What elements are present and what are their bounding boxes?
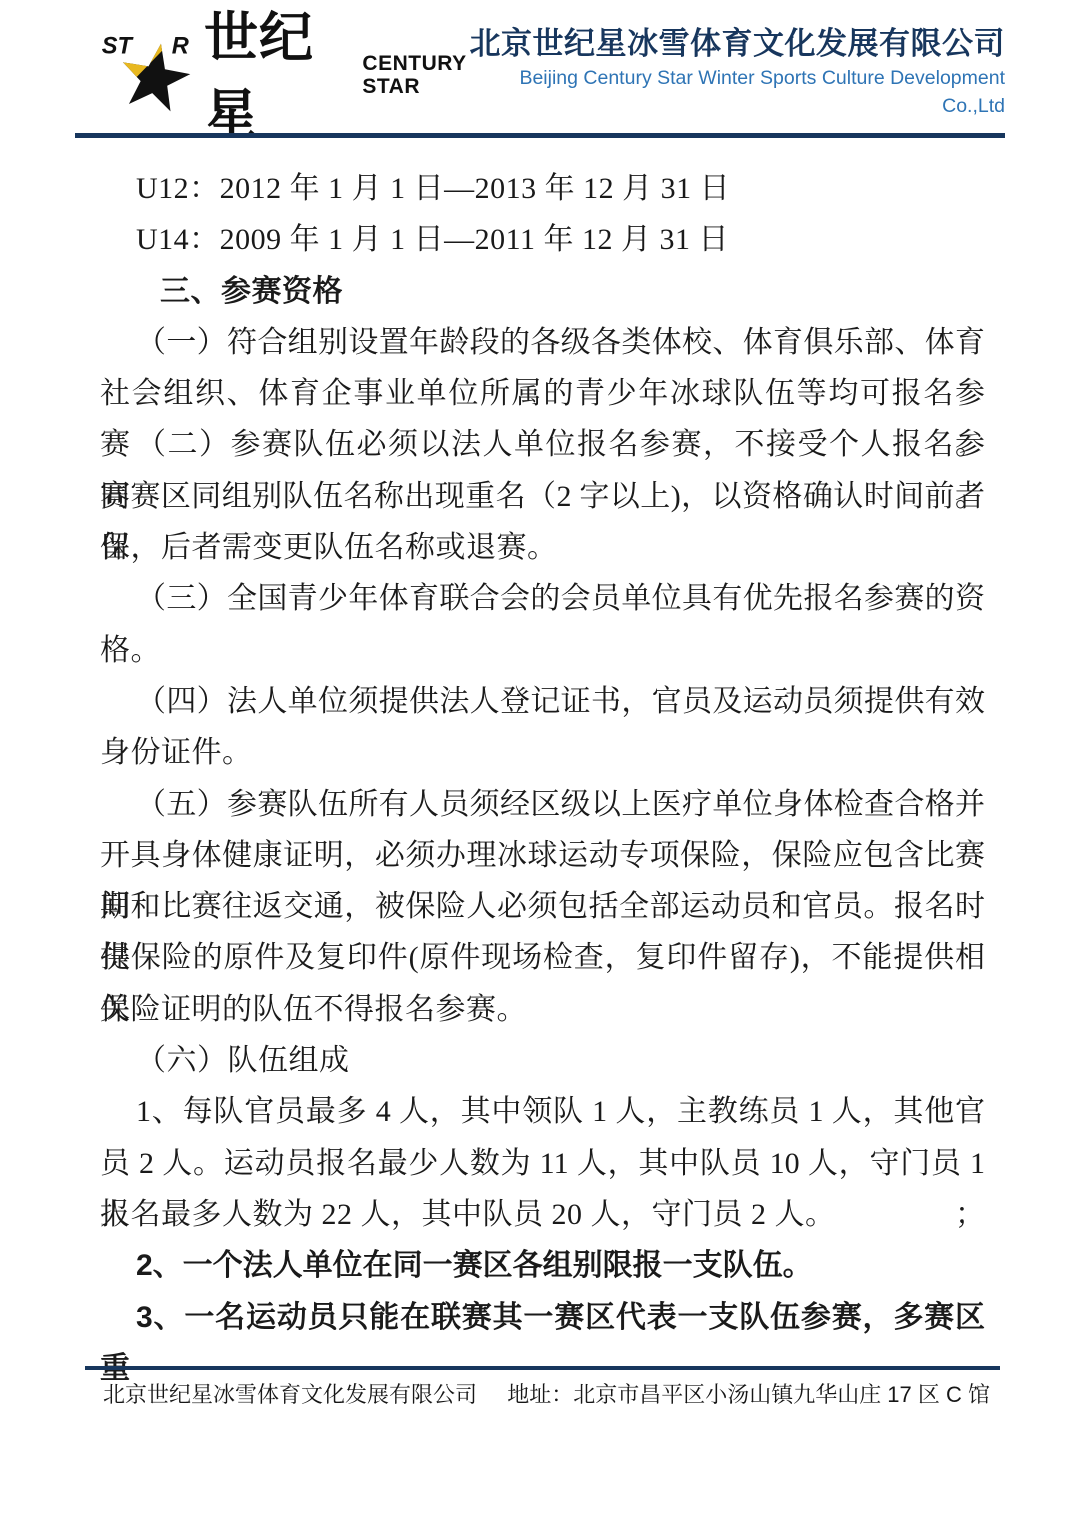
document-line: （六）队伍组成 [100, 1035, 985, 1086]
document-line: （五）参赛队伍所有人员须经区级以上医疗单位身体检查合格并 [100, 779, 985, 830]
footer-divider [85, 1366, 1000, 1370]
company-name-en: Beijing Century Star Winter Sports Cultu… [467, 64, 1005, 120]
star-word-left: ST [102, 33, 135, 59]
document-line: （二）参赛队伍必须以法人单位报名参赛，不接受个人报名参赛。 [100, 419, 985, 470]
document-line: U12：2012 年 1 月 1 日—2013 年 12 月 31 日 [100, 163, 985, 214]
document-line: 留，后者需变更队伍名称或退赛。 [100, 522, 985, 573]
document-line: 1、每队官员最多 4 人，其中领队 1 人，主教练员 1 人，其他官 [100, 1086, 985, 1137]
document-line: 三、参赛资格 [100, 266, 985, 317]
footer-address: 地址：北京市昌平区小汤山镇九华山庄 17 区 C 馆 [507, 1378, 990, 1409]
document-line: （三）全国青少年体育联合会的会员单位具有优先报名参赛的资 [100, 573, 985, 624]
star-word-right: R [172, 33, 189, 59]
company-name-cn: 北京世纪星冰雪体育文化发展有限公司 [467, 24, 1005, 64]
document-line: （一）符合组别设置年龄段的各级各类体校、体育俱乐部、体育 [100, 317, 985, 368]
document-body: U12：2012 年 1 月 1 日—2013 年 12 月 31 日U14：2… [100, 163, 985, 1343]
document-line: 2、一个法人单位在同一赛区各组别限报一支队伍。 [100, 1240, 985, 1291]
document-line: 格。 [100, 625, 985, 676]
document-line: 员 2 人。运动员报名最少人数为 11 人，其中队员 10 人，守门员 1 人； [100, 1138, 985, 1189]
document-line: 保险证明的队伍不得报名参赛。 [100, 984, 985, 1035]
century-star-logo: ST R 世纪星 CENTURY STAR [98, 0, 467, 149]
document-line: （四）法人单位须提供法人登记证书，官员及运动员须提供有效 [100, 676, 985, 727]
footer-company: 北京世纪星冰雪体育文化发展有限公司 [103, 1378, 477, 1409]
page-footer: 北京世纪星冰雪体育文化发展有限公司 地址：北京市昌平区小汤山镇九华山庄 17 区… [103, 1378, 990, 1409]
document-line: 供保险的原件及复印件(原件现场检查，复印件留存)，不能提供相关 [100, 932, 985, 983]
document-page: ST R 世纪星 CENTURY STAR 北京世纪星冰雪体育文化发展有限公司 … [0, 0, 1080, 1527]
brand-en-line1: CENTURY [362, 52, 466, 75]
document-line: 3、一名运动员只能在联赛其一赛区代表一支队伍参赛，多赛区重 [100, 1292, 985, 1343]
star-logo-icon: ST R [98, 26, 202, 118]
page-header: ST R 世纪星 CENTURY STAR 北京世纪星冰雪体育文化发展有限公司 … [0, 0, 1080, 133]
brand-name-cn: 世纪星 [204, 0, 358, 149]
document-line: U14：2009 年 1 月 1 日—2011 年 12 月 31 日 [100, 214, 985, 265]
brand-en-line2: STAR [362, 75, 466, 98]
document-line: 同赛区同组别队伍名称出现重名（2 字以上)，以资格确认时间前者保 [100, 471, 985, 522]
document-line: 身份证件。 [100, 727, 985, 778]
document-line: 开具身体健康证明，必须办理冰球运动专项保险，保险应包含比赛期 [100, 830, 985, 881]
company-title-block: 北京世纪星冰雪体育文化发展有限公司 Beijing Century Star W… [467, 24, 1005, 120]
brand-name-en: CENTURY STAR [362, 52, 466, 98]
document-line: 间和比赛往返交通，被保险人必须包括全部运动员和官员。报名时提 [100, 881, 985, 932]
header-divider [75, 133, 1005, 138]
document-line: 社会组织、体育企事业单位所属的青少年冰球队伍等均可报名参赛。 [100, 368, 985, 419]
